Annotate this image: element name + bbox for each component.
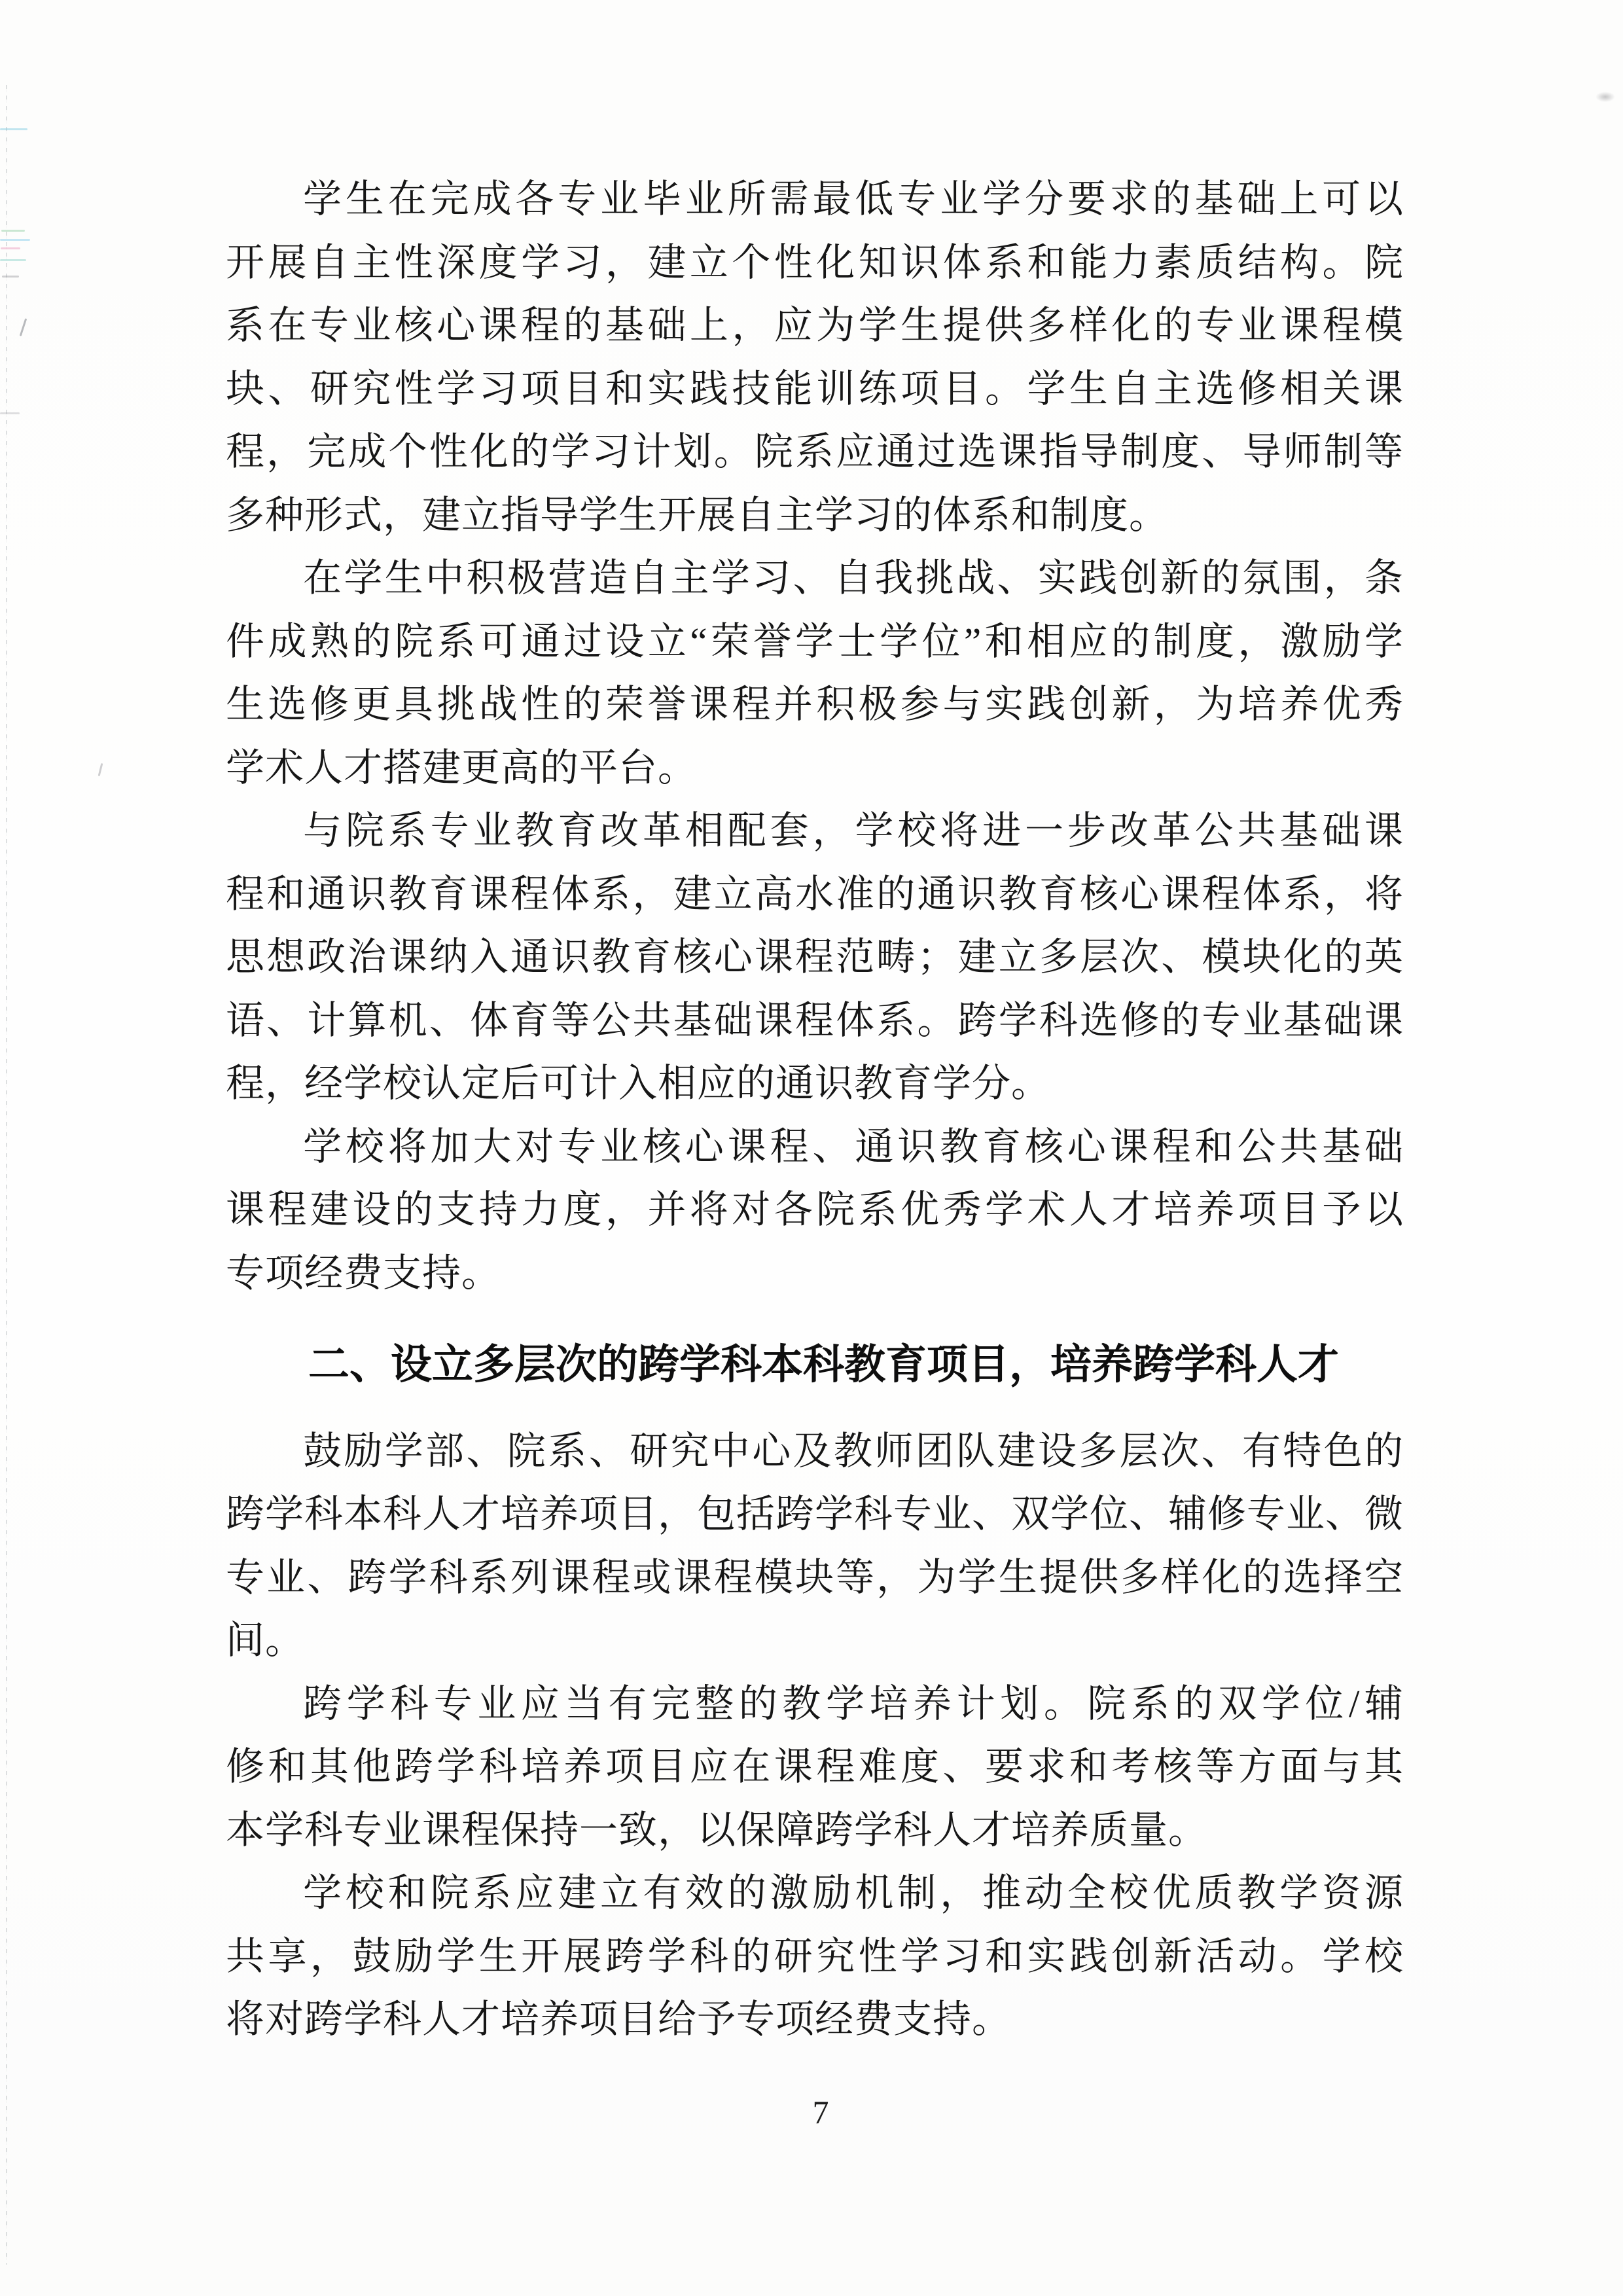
text-line: 语、计算机、体育等公共基础课程体系。跨学科选修的专业基础课 — [226, 989, 1404, 1052]
text-line: 将对跨学科人才培养项目给予专项经费支持。 — [226, 1988, 1404, 2051]
scan-color-tick — [1, 247, 20, 249]
section-heading: 二、设立多层次的跨学科本科教育项目，培养跨学科人才 — [226, 1333, 1404, 1397]
text-line: 思想政治课纳入通识教育核心课程范畴；建立多层次、模块化的英 — [226, 925, 1404, 989]
text-line: 学生在完成各专业毕业所需最低专业学分要求的基础上可以 — [226, 168, 1404, 231]
text-line: 程和通识教育课程体系，建立高水准的通识教育核心课程体系，将 — [226, 863, 1404, 926]
text-line: 共享，鼓励学生开展跨学科的研究性学习和实践创新活动。学校 — [226, 1925, 1404, 1988]
text-line: 与院系专业教育改革相配套，学校将进一步改革公共基础课 — [226, 799, 1404, 863]
scan-color-tick — [1, 230, 25, 232]
paragraph: 学生在完成各专业毕业所需最低专业学分要求的基础上可以开展自主性深度学习，建立个性… — [226, 168, 1404, 547]
text-line: 多种形式，建立指导学生开展自主学习的体系和制度。 — [226, 484, 1404, 547]
text-line: 块、研究性学习项目和实践技能训练项目。学生自主选修相关课 — [226, 357, 1404, 421]
paragraph: 跨学科专业应当有完整的教学培养计划。院系的双学位/辅修和其他跨学科培养项目应在课… — [226, 1672, 1404, 1862]
scan-color-tick — [0, 412, 20, 414]
scan-speck — [98, 763, 103, 776]
scan-color-tick — [0, 239, 30, 241]
paragraph: 鼓励学部、院系、研究中心及教师团队建设多层次、有特色的跨学科本科人才培养项目，包… — [226, 1420, 1404, 1672]
paragraph: 学校和院系应建立有效的激励机制，推动全校优质教学资源共享，鼓励学生开展跨学科的研… — [226, 1861, 1404, 2051]
text-line: 系在专业核心课程的基础上，应为学生提供多样化的专业课程模 — [226, 294, 1404, 357]
text-line: 学校将加大对专业核心课程、通识教育核心课程和公共基础 — [226, 1115, 1404, 1179]
scan-color-tick — [0, 259, 26, 261]
text-line: 学术人才搭建更高的平台。 — [226, 736, 1404, 800]
document-page: 学生在完成各专业毕业所需最低专业学分要求的基础上可以开展自主性深度学习，建立个性… — [0, 0, 1623, 2296]
text-line: 件成熟的院系可通过设立“荣誉学士学位”和相应的制度，激励学 — [226, 610, 1404, 673]
text-line: 生选修更具挑战性的荣誉课程并积极参与实践创新，为培养优秀 — [226, 673, 1404, 736]
text-line: 开展自主性深度学习，建立个性化知识体系和能力素质结构。院 — [226, 231, 1404, 295]
text-line: 专项经费支持。 — [226, 1242, 1404, 1305]
text-line: 程，完成个性化的学习计划。院系应通过选课指导制度、导师制等 — [226, 420, 1404, 484]
text-line: 间。 — [226, 1609, 1404, 1672]
text-line: 专业、跨学科系列课程或课程模块等，为学生提供多样化的选择空 — [226, 1546, 1404, 1609]
text-line: 本学科专业课程保持一致，以保障跨学科人才培养质量。 — [226, 1799, 1404, 1862]
text-line: 程，经学校认定后可计入相应的通识教育学分。 — [226, 1052, 1404, 1115]
text-line: 在学生中积极营造自主学习、自我挑战、实践创新的氛围，条 — [226, 547, 1404, 610]
text-line: 修和其他跨学科培养项目应在课程难度、要求和考核等方面与其 — [226, 1735, 1404, 1799]
footer: 7 — [0, 2092, 1623, 2132]
paragraph: 学校将加大对专业核心课程、通识教育核心课程和公共基础课程建设的支持力度，并将对各… — [226, 1115, 1404, 1305]
text-column: 学生在完成各专业毕业所需最低专业学分要求的基础上可以开展自主性深度学习，建立个性… — [226, 168, 1404, 2051]
paragraph: 在学生中积极营造自主学习、自我挑战、实践创新的氛围，条件成熟的院系可通过设立“荣… — [226, 547, 1404, 799]
text-line: 跨学科本科人才培养项目，包括跨学科专业、双学位、辅修专业、微 — [226, 1482, 1404, 1546]
scan-color-tick — [0, 128, 27, 130]
scan-smudge — [1596, 92, 1615, 102]
scan-speck — [20, 318, 27, 336]
paragraph: 与院系专业教育改革相配套，学校将进一步改革公共基础课程和通识教育课程体系，建立高… — [226, 799, 1404, 1115]
text-line: 学校和院系应建立有效的激励机制，推动全校优质教学资源 — [226, 1861, 1404, 1925]
scan-color-tick — [2, 276, 19, 278]
heading-text: 二、设立多层次的跨学科本科教育项目，培养跨学科人才 — [226, 1333, 1404, 1397]
text-line: 课程建设的支持力度，并将对各院系优秀学术人才培养项目予以 — [226, 1178, 1404, 1242]
page-number: 7 — [813, 2094, 829, 2130]
text-line: 跨学科专业应当有完整的教学培养计划。院系的双学位/辅 — [226, 1672, 1404, 1736]
text-line: 鼓励学部、院系、研究中心及教师团队建设多层次、有特色的 — [226, 1420, 1404, 1483]
